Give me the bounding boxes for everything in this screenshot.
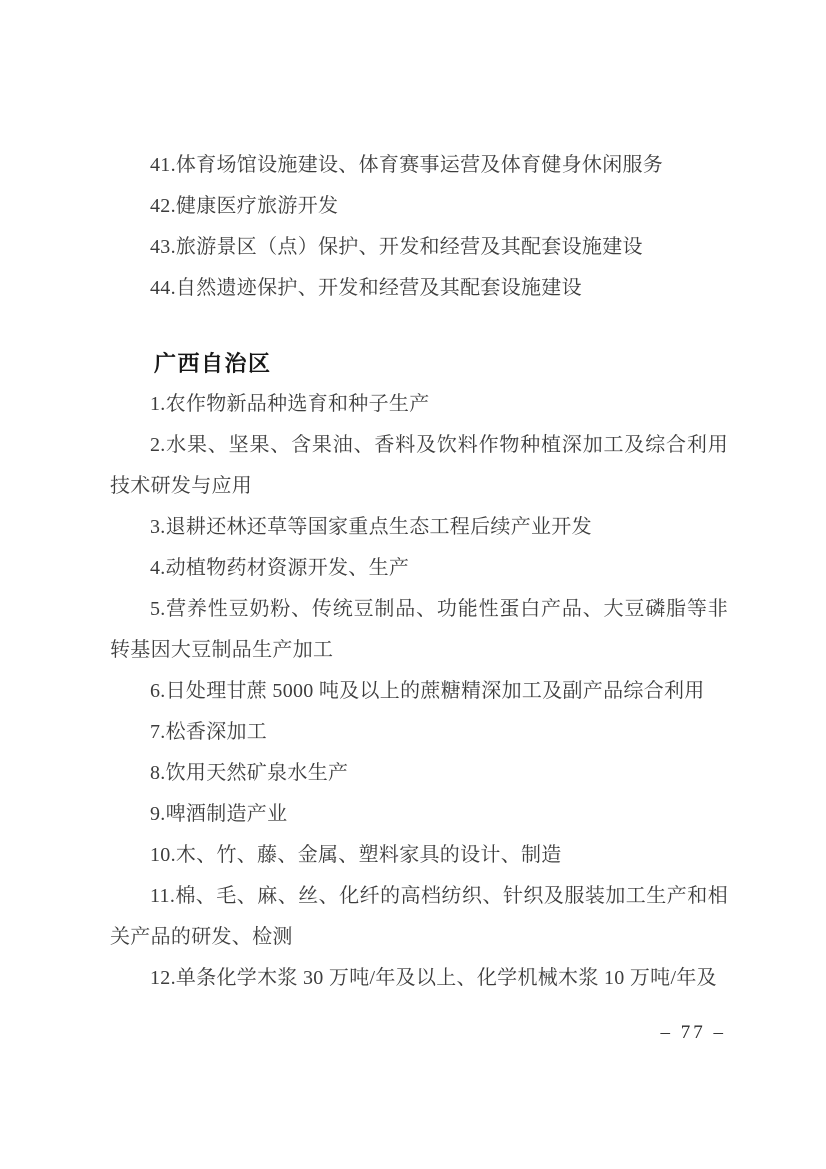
list-item-42: 42.健康医疗旅游开发 [110, 186, 728, 227]
list-item-11: 11.棉、毛、麻、丝、化纤的高档纺织、针织及服装加工生产和相关产品的研发、检测 [110, 876, 728, 958]
list-item-2: 2.水果、坚果、含果油、香料及饮料作物种植深加工及综合利用技术研发与应用 [110, 425, 728, 507]
list-item-8: 8.饮用天然矿泉水生产 [110, 753, 728, 794]
document-body: 41.体育场馆设施建设、体育赛事运营及体育健身休闲服务 42.健康医疗旅游开发 … [110, 145, 728, 999]
list-item-4: 4.动植物药材资源开发、生产 [110, 548, 728, 589]
list-item-41: 41.体育场馆设施建设、体育赛事运营及体育健身休闲服务 [110, 145, 728, 186]
list-item-12: 12.单条化学木浆 30 万吨/年及以上、化学机械木浆 10 万吨/年及 [110, 958, 728, 999]
list-item-1: 1.农作物新品种选育和种子生产 [110, 384, 728, 425]
section-heading-guangxi: 广西自治区 [110, 343, 728, 384]
list-item-9: 9.啤酒制造产业 [110, 794, 728, 835]
page-number: – 77 – [661, 1020, 727, 1046]
list-item-43: 43.旅游景区（点）保护、开发和经营及其配套设施建设 [110, 227, 728, 268]
list-item-5: 5.营养性豆奶粉、传统豆制品、功能性蛋白产品、大豆磷脂等非转基因大豆制品生产加工 [110, 589, 728, 671]
list-item-10: 10.木、竹、藤、金属、塑料家具的设计、制造 [110, 835, 728, 876]
list-item-6: 6.日处理甘蔗 5000 吨及以上的蔗糖精深加工及副产品综合利用 [110, 671, 728, 712]
document-page: 41.体育场馆设施建设、体育赛事运营及体育健身休闲服务 42.健康医疗旅游开发 … [0, 0, 826, 1169]
list-item-7: 7.松香深加工 [110, 712, 728, 753]
list-item-44: 44.自然遗迹保护、开发和经营及其配套设施建设 [110, 268, 728, 309]
list-item-3: 3.退耕还林还草等国家重点生态工程后续产业开发 [110, 507, 728, 548]
